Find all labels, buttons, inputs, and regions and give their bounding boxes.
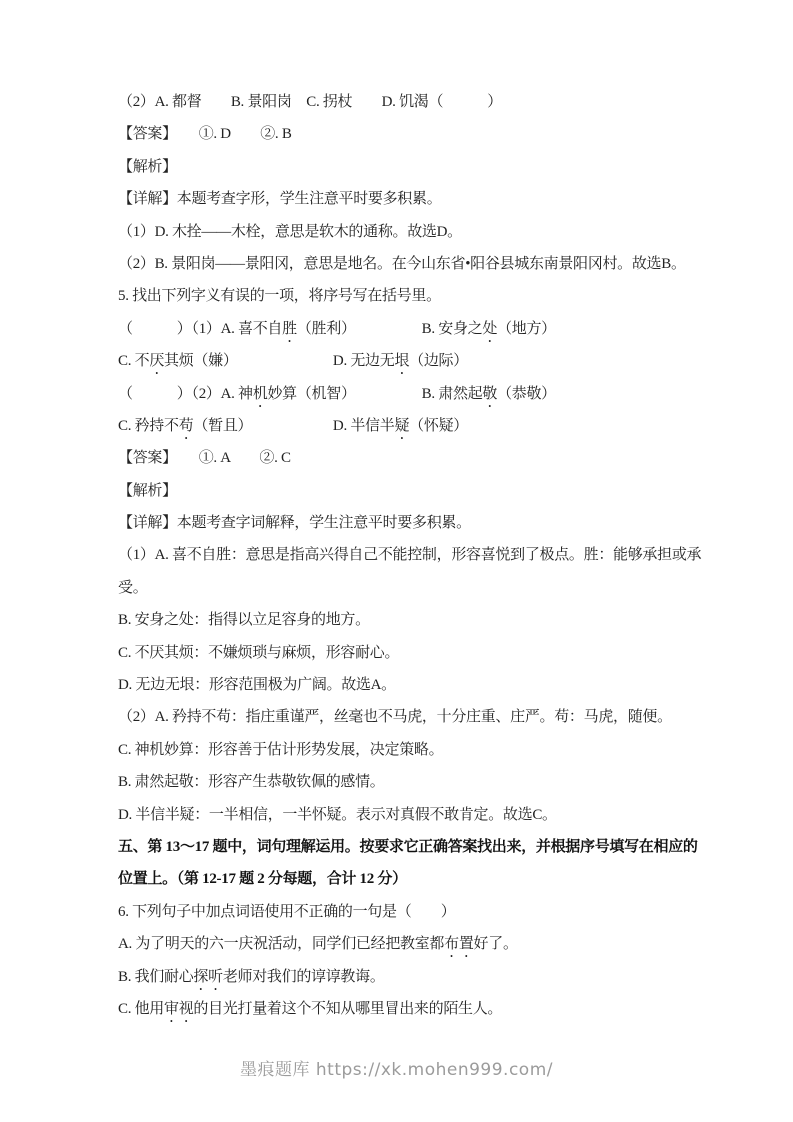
text-segment: （胜利） B. 安身之 [297,321,483,337]
text-segment: 其烦（嫌） D. 无边无 [164,353,394,369]
text-segment: （ ）（2）A. 神 [118,386,253,402]
emphasized-word: 敬 [482,386,497,402]
text-segment: （暂且） D. 半信半 [193,418,394,434]
text-line: （ ）（2）A. 神机妙算（机智） B. 肃然起敬（恭敬） [118,378,688,410]
text-segment: D. 无边无垠：形容范围极为广阔。故选A。 [118,677,396,693]
emphasized-word: 探听 [193,969,222,985]
text-segment: C. 矜持不 [118,418,179,434]
text-segment: （2）A. 矜持不苟：指庄重谨严，丝毫也不马虎，十分庄重、庄严。苟：马虎，随便。 [118,709,672,725]
text-segment: 【详解】本题考查字形，学生注意平时要多积累。 [118,191,441,207]
text-line: 5. 找出下列字义有误的一项，将序号写在括号里。 [118,280,688,312]
text-line: C. 不厌其烦（嫌） D. 无边无垠（边际） [118,345,688,377]
text-segment: 老师对我们的谆谆教诲。 [223,969,385,985]
text-segment: B. 安身之处：指得以立足容身的地方。 [118,612,370,628]
emphasized-word: 机 [253,386,268,402]
text-segment: C. 不 [118,353,149,369]
text-segment: C. 不厌其烦：不嫌烦琐与麻烦，形容耐心。 [118,645,399,661]
text-segment: （恭敬） [497,386,556,402]
text-line: 【答案】 ①. A ②. C [118,442,688,474]
text-line: （1）D. 木拴——木栓，意思是软木的通称。故选D。 [118,216,688,248]
text-segment: （ ）（1）A. 喜不自 [118,321,282,337]
text-segment: 【详解】本题考查字词解释，学生注意平时要多积累。 [118,515,471,531]
text-segment: 5. 找出下列字义有误的一项，将序号写在括号里。 [118,288,441,304]
text-line: 6. 下列句子中加点词语使用不正确的一句是（ ） [118,896,688,928]
text-segment: 位置上。（第 12-17 题 2 分每题，合计 12 分） [118,871,407,887]
text-segment: 【解析】 [118,159,177,175]
text-segment: B. 我们耐心 [118,969,193,985]
footer-credit: 墨痕题库 https://xk.mohen999.com/ [240,1060,553,1080]
text-segment: （2）A. 都督 B. 景阳岗 C. 拐杖 D. 饥渴（ ） [118,94,502,110]
text-line: C. 神机妙算：形容善于估计形势发展，决定策略。 [118,734,688,766]
page: { "page": { "background": "#ffffff", "te… [0,0,793,1122]
text-line: （2）A. 都督 B. 景阳岗 C. 拐杖 D. 饥渴（ ） [118,86,688,118]
text-line: 【解析】 [118,151,688,183]
text-line: 受。 [118,572,688,604]
text-segment: B. 肃然起敬：形容产生恭敬钦佩的感情。 [118,774,385,790]
text-line: 【详解】本题考查字词解释，学生注意平时要多积累。 [118,507,688,539]
text-segment: （1）A. 喜不自胜：意思是指高兴得自己不能控制，形容喜悦到了极点。胜：能够承担… [118,547,701,563]
text-line: （2）A. 矜持不苟：指庄重谨严，丝毫也不马虎，十分庄重、庄严。苟：马虎，随便。 [118,701,688,733]
text-segment: 【解析】 [118,483,177,499]
document-body: （2）A. 都督 B. 景阳岗 C. 拐杖 D. 饥渴（ ）【答案】 ①. D … [118,86,688,1025]
text-segment: （怀疑） [409,418,468,434]
text-line: C. 不厌其烦：不嫌烦琐与麻烦，形容耐心。 [118,637,688,669]
text-segment: （2）B. 景阳岗——景阳冈，意思是地名。在今山东省•阳谷县城东南景阳冈村。故选… [118,256,686,272]
emphasized-word: 审视 [164,1001,193,1017]
text-segment: （1）D. 木拴——木栓，意思是软木的通称。故选D。 [118,224,462,240]
emphasized-word: 处 [482,321,497,337]
text-segment: C. 神机妙算：形容善于估计形势发展，决定策略。 [118,742,443,758]
text-segment: 受。 [118,580,147,596]
emphasized-word: 胜 [282,321,297,337]
text-segment: C. 他用 [118,1001,164,1017]
text-line: D. 无边无垠：形容范围极为广阔。故选A。 [118,669,688,701]
text-line: C. 他用审视的目光打量着这个不知从哪里冒出来的陌生人。 [118,993,688,1025]
text-segment: 【答案】 ①. D ②. B [118,126,292,142]
emphasized-word: 布置 [444,936,473,952]
footer-watermark: 墨痕题库 https://xk.mohen999.com/ [0,1056,793,1084]
text-line: B. 肃然起敬：形容产生恭敬钦佩的感情。 [118,766,688,798]
text-line: （2）B. 景阳岗——景阳冈，意思是地名。在今山东省•阳谷县城东南景阳冈村。故选… [118,248,688,280]
text-segment: 的目光打量着这个不知从哪里冒出来的陌生人。 [193,1001,502,1017]
text-line: 位置上。（第 12-17 题 2 分每题，合计 12 分） [118,863,688,895]
text-line: A. 为了明天的六一庆祝活动，同学们已经把教室都布置好了。 [118,928,688,960]
text-segment: D. 半信半疑：一半相信，一半怀疑。表示对真假不敢肯定。故选C。 [118,807,557,823]
text-line: B. 安身之处：指得以立足容身的地方。 [118,604,688,636]
text-line: 【解析】 [118,475,688,507]
text-segment: A. 为了明天的六一庆祝活动，同学们已经把教室都 [118,936,444,952]
text-segment: 五、第 13～17 题中，词句理解运用。按要求它正确答案找出来，并根据序号填写在… [118,839,698,855]
text-segment: 好了。 [474,936,518,952]
text-line: 【答案】 ①. D ②. B [118,118,688,150]
text-segment: 妙算（机智） B. 肃然起 [267,386,482,402]
text-segment: 【答案】 ①. A ②. C [118,450,291,466]
text-line: D. 半信半疑：一半相信，一半怀疑。表示对真假不敢肯定。故选C。 [118,799,688,831]
text-line: 五、第 13～17 题中，词句理解运用。按要求它正确答案找出来，并根据序号填写在… [118,831,688,863]
emphasized-word: 疑 [394,418,409,434]
text-segment: （边际） [409,353,468,369]
text-line: 【详解】本题考查字形，学生注意平时要多积累。 [118,183,688,215]
emphasized-word: 厌 [149,353,164,369]
text-line: B. 我们耐心探听老师对我们的谆谆教诲。 [118,961,688,993]
text-segment: （地方） [497,321,556,337]
text-line: （1）A. 喜不自胜：意思是指高兴得自己不能控制，形容喜悦到了极点。胜：能够承担… [118,539,688,571]
text-segment: 6. 下列句子中加点词语使用不正确的一句是（ ） [118,904,456,920]
text-line: C. 矜持不苟（暂且） D. 半信半疑（怀疑） [118,410,688,442]
text-line: （ ）（1）A. 喜不自胜（胜利） B. 安身之处（地方） [118,313,688,345]
emphasized-word: 垠 [394,353,409,369]
emphasized-word: 苟 [179,418,194,434]
